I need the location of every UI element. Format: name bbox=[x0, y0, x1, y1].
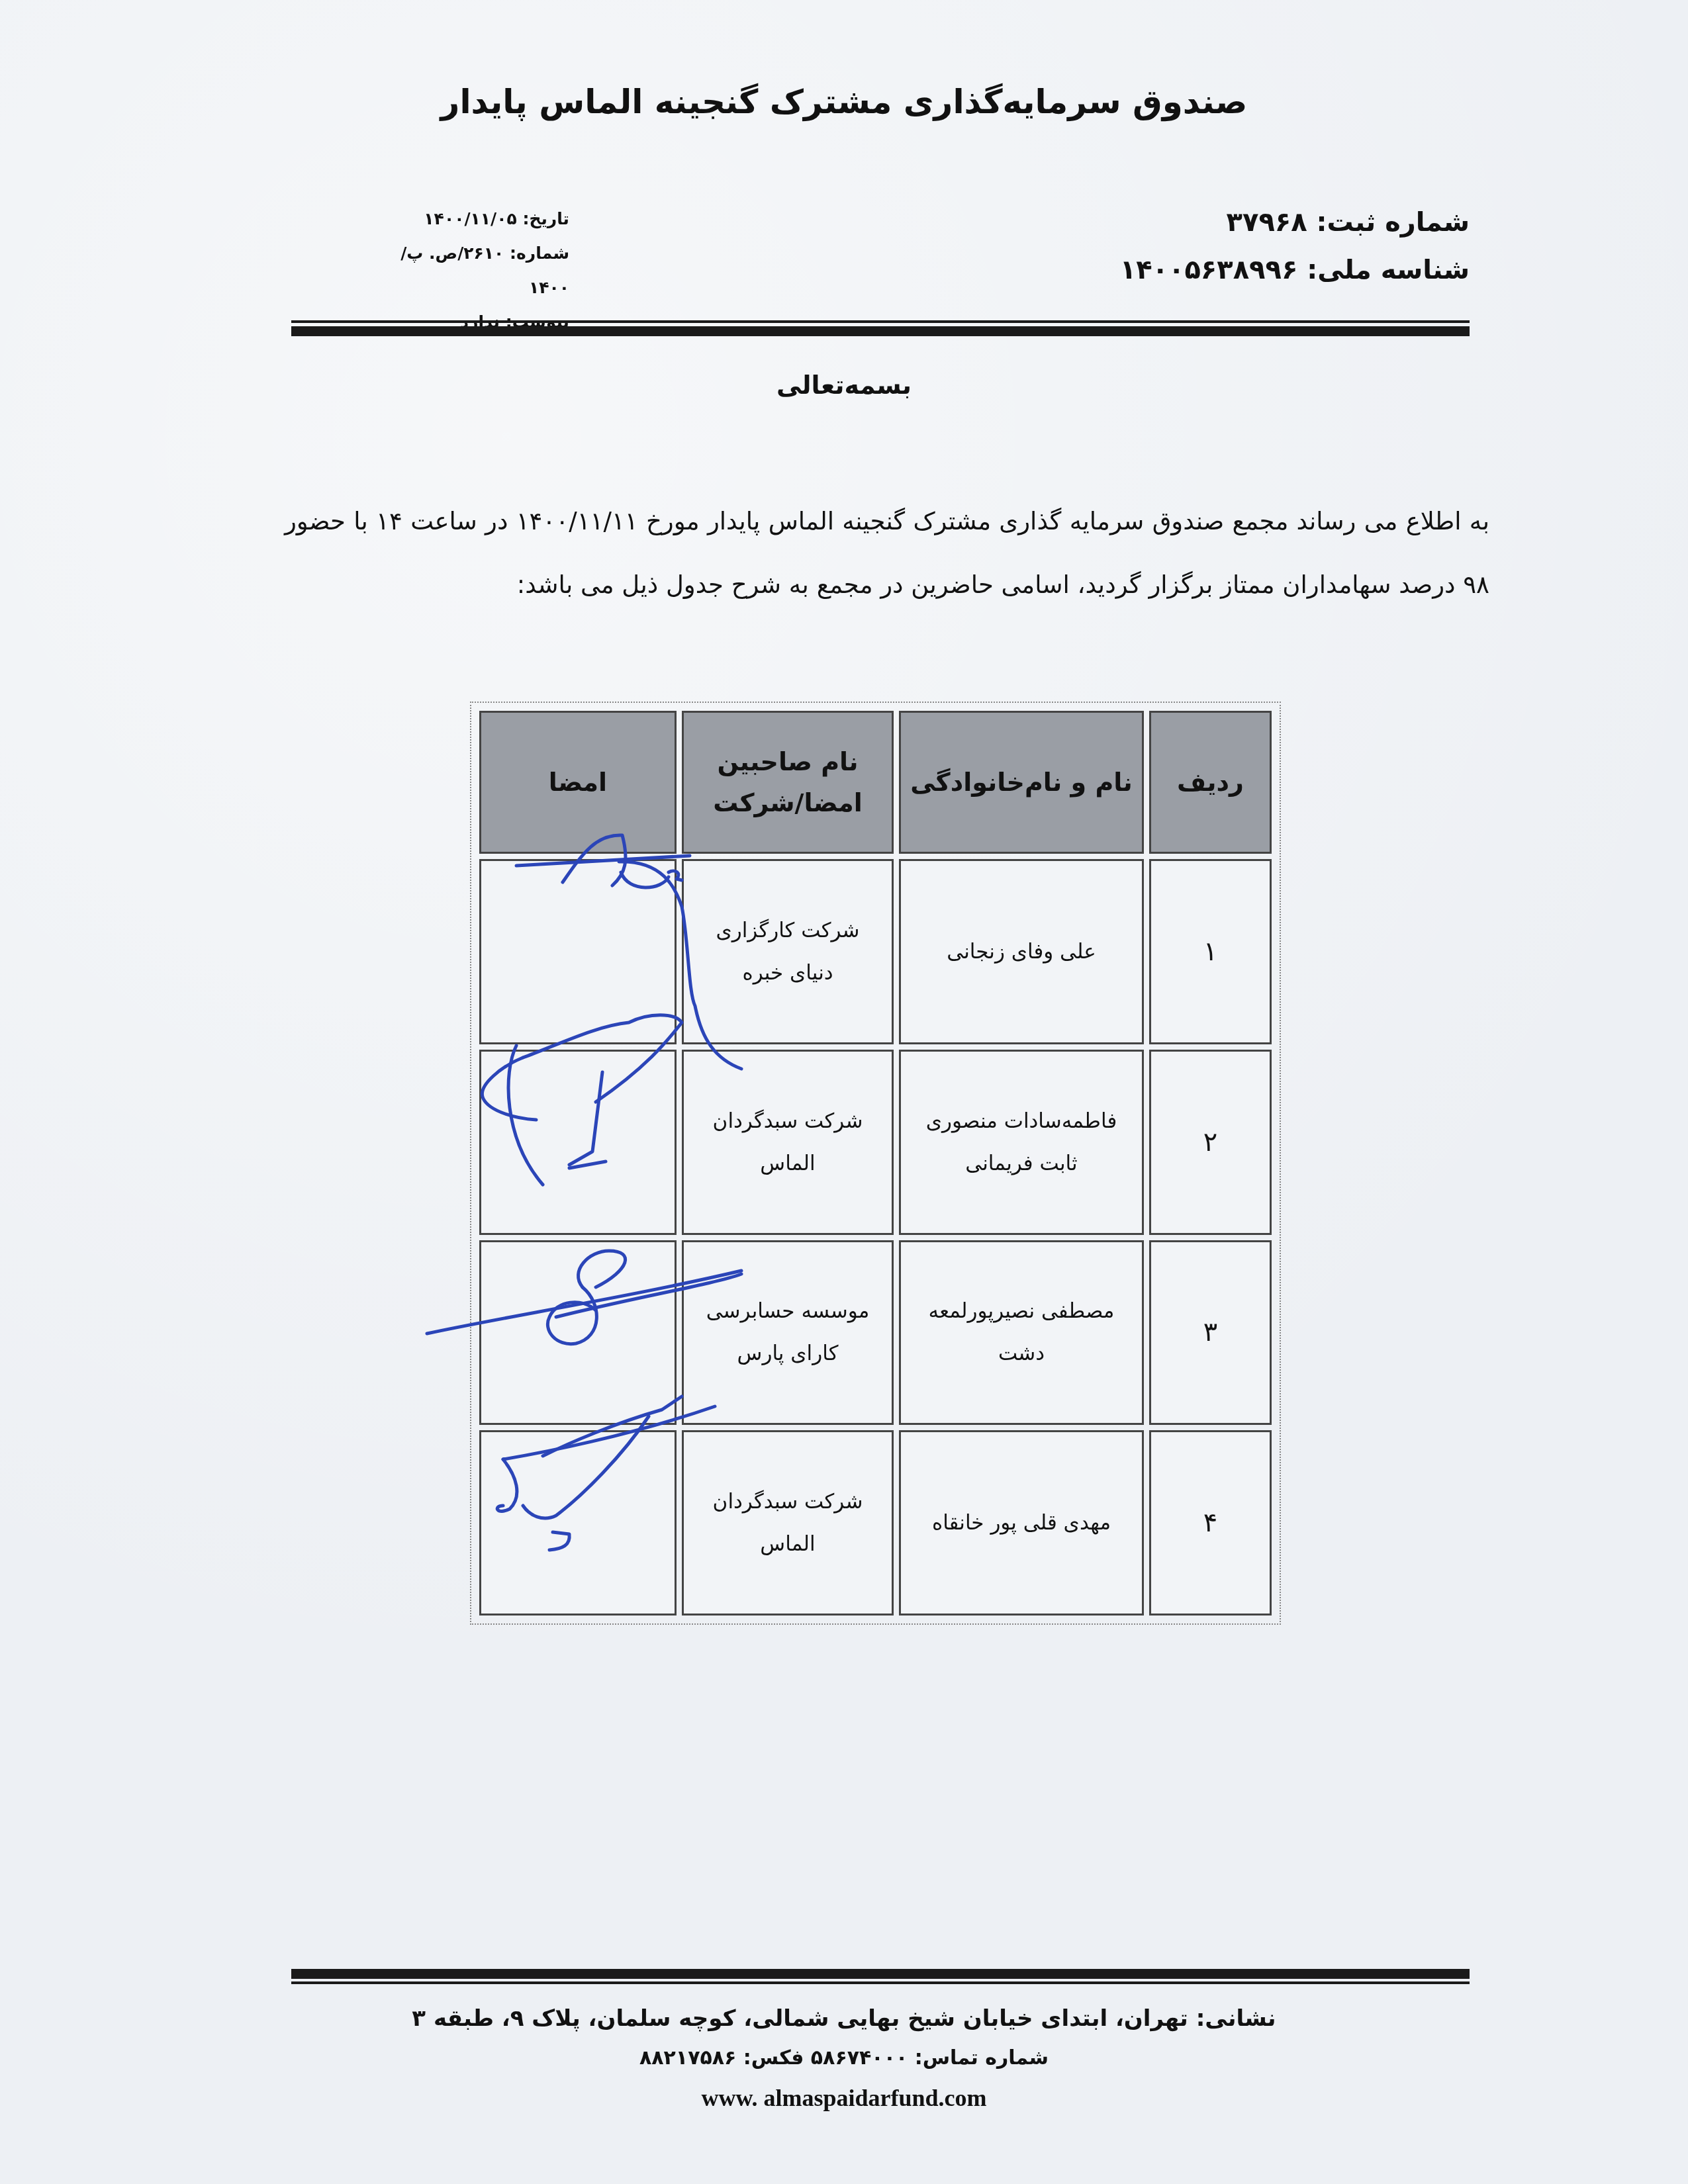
letter-number: شماره: ۲۶۱۰/ص. پ/۱۴۰۰ bbox=[371, 236, 569, 305]
footer-divider-thin bbox=[291, 1981, 1470, 1984]
header-divider-thick bbox=[291, 326, 1470, 336]
table-row: ۲ فاطمه‌سادات منصوری ثابت فریمانی شرکت س… bbox=[479, 1050, 1272, 1235]
header-divider bbox=[291, 320, 1470, 336]
registration-value: ۳۷۹۶۸ bbox=[1227, 207, 1307, 238]
letter-date: تاریخ: ۱۴۰۰/۱۱/۰۵ bbox=[371, 202, 569, 236]
footer-divider bbox=[291, 1969, 1470, 1985]
attendee-company: موسسه حسابرسی کارای پارس bbox=[682, 1240, 894, 1426]
signature-cell bbox=[479, 1050, 677, 1235]
document-title: صندوق سرمایه‌گذاری مشترک گنجینه الماس پا… bbox=[0, 83, 1688, 121]
attendee-name: مصطفی نصیرپورلمعه دشت bbox=[899, 1240, 1144, 1426]
intro-paragraph: به اطلاع می رساند مجمع صندوق سرمایه گذار… bbox=[285, 490, 1489, 617]
registration-block: شماره ثبت: ۳۷۹۶۸ شناسه ملی: ۱۴۰۰۵۶۳۸۹۹۶ bbox=[1006, 199, 1470, 294]
letter-meta-block: تاریخ: ۱۴۰۰/۱۱/۰۵ شماره: ۲۶۱۰/ص. پ/۱۴۰۰ … bbox=[371, 202, 569, 340]
national-id: شناسه ملی: ۱۴۰۰۵۶۳۸۹۹۶ bbox=[1006, 246, 1470, 294]
basmala-heading: بسمه‌تعالی bbox=[0, 371, 1688, 400]
header-full-name: نام و نام‌خانوادگی bbox=[899, 711, 1144, 854]
date-label: تاریخ: bbox=[522, 209, 569, 228]
header-company: نام صاحبین امضا/شرکت bbox=[682, 711, 894, 854]
signature-cell bbox=[479, 1430, 677, 1615]
footer: نشانی: تهران، ابتدای خیابان شیخ بهایی شم… bbox=[0, 1999, 1688, 2118]
header-divider-thin bbox=[291, 320, 1470, 323]
table-row: ۱ علی وفای زنجانی شرکت کارگزاری دنیای خب… bbox=[479, 859, 1272, 1044]
attendee-name: علی وفای زنجانی bbox=[899, 859, 1144, 1044]
signature-cell bbox=[479, 859, 677, 1044]
table-row: ۳ مصطفی نصیرپورلمعه دشت موسسه حسابرسی کا… bbox=[479, 1240, 1272, 1426]
row-number: ۲ bbox=[1149, 1050, 1272, 1235]
table-header-row: ردیف نام و نام‌خانوادگی نام صاحبین امضا/… bbox=[479, 711, 1272, 854]
footer-address: نشانی: تهران، ابتدای خیابان شیخ بهایی شم… bbox=[0, 1999, 1688, 2038]
header-row-number: ردیف bbox=[1149, 711, 1272, 854]
signature-cell bbox=[479, 1240, 677, 1426]
attendance-table: ردیف نام و نام‌خانوادگی نام صاحبین امضا/… bbox=[470, 702, 1281, 1625]
attendee-company: شرکت سبدگردان الماس bbox=[682, 1430, 894, 1615]
registration-number: شماره ثبت: ۳۷۹۶۸ bbox=[1006, 199, 1470, 246]
footer-website-link[interactable]: www. almaspaidarfund.com bbox=[0, 2078, 1688, 2118]
national-id-label: شناسه ملی: bbox=[1307, 255, 1470, 285]
date-value: ۱۴۰۰/۱۱/۰۵ bbox=[424, 209, 516, 228]
row-number: ۴ bbox=[1149, 1430, 1272, 1615]
attendee-name: فاطمه‌سادات منصوری ثابت فریمانی bbox=[899, 1050, 1144, 1235]
footer-divider-thick bbox=[291, 1969, 1470, 1979]
row-number: ۱ bbox=[1149, 859, 1272, 1044]
registration-label: شماره ثبت: bbox=[1317, 207, 1470, 238]
table-row: ۴ مهدی قلی پور خانقاه شرکت سبدگردان الما… bbox=[479, 1430, 1272, 1615]
footer-phone: شماره تماس: ۵۸۶۷۴۰۰۰ فکس: ۸۸۲۱۷۵۸۶ bbox=[0, 2038, 1688, 2078]
letter-number-label: شماره: bbox=[510, 244, 569, 263]
attendee-company: شرکت سبدگردان الماس bbox=[682, 1050, 894, 1235]
row-number: ۳ bbox=[1149, 1240, 1272, 1426]
header-signature: امضا bbox=[479, 711, 677, 854]
national-id-value: ۱۴۰۰۵۶۳۸۹۹۶ bbox=[1120, 255, 1298, 285]
document-page: صندوق سرمایه‌گذاری مشترک گنجینه الماس پا… bbox=[0, 0, 1688, 2184]
attendee-company: شرکت کارگزاری دنیای خبره bbox=[682, 859, 894, 1044]
attendee-name: مهدی قلی پور خانقاه bbox=[899, 1430, 1144, 1615]
